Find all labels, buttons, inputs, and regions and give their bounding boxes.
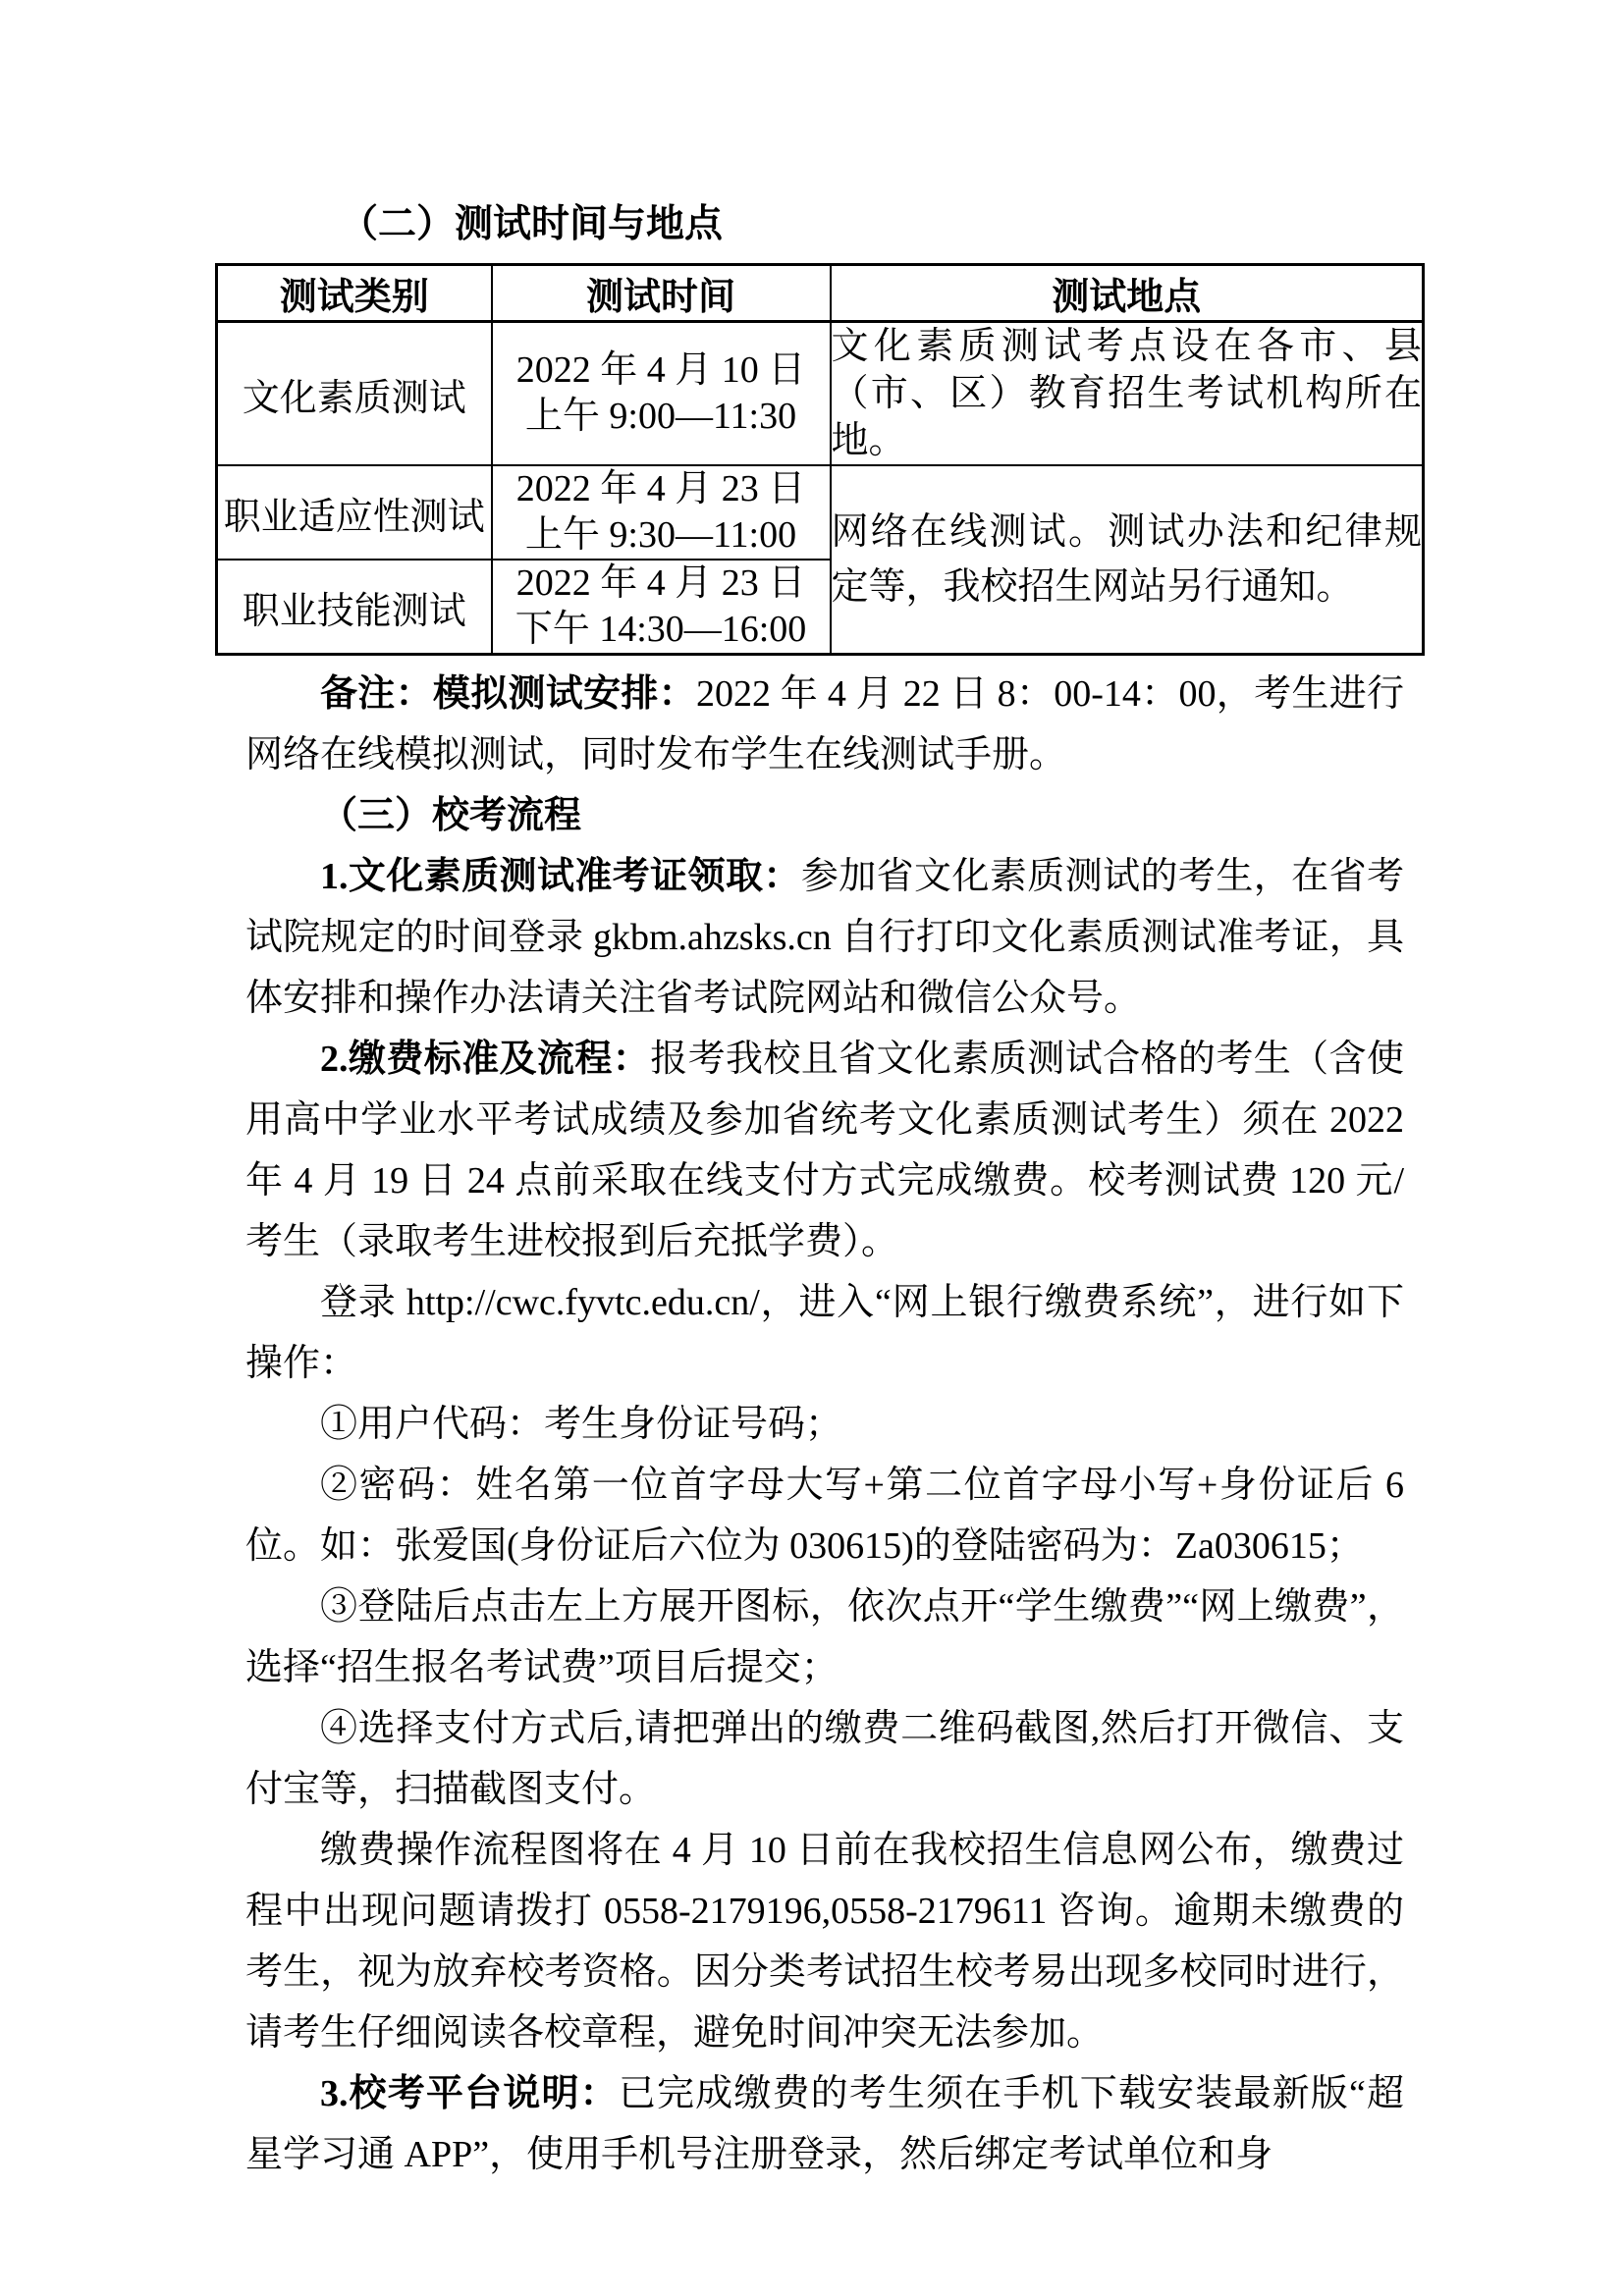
table-header-category: 测试类别 [217, 265, 492, 322]
paragraph-lead: 2.缴费标准及流程： [320, 1039, 650, 1080]
paragraph-step4-qrcode: ④选择支付方式后,请把弹出的缴费二维码截图,然后打开微信、支付宝等，扫描截图支付… [245, 1698, 1404, 1820]
paragraph-payment-help: 缴费操作流程图将在 4 月 10 日前在我校招生信息网公布，缴费过程中出现问题请… [245, 1820, 1404, 2063]
cell-category-skill: 职业技能测试 [217, 560, 492, 655]
paragraph-lead: 3.校考平台说明： [320, 2073, 619, 2114]
table-header-time: 测试时间 [492, 265, 831, 322]
cell-location-culture: 文化素质测试考点设在各市、县（市、区）教育招生考试机构所在地。 [831, 322, 1424, 466]
paragraph-step2-password: ②密码：姓名第一位首字母大写+第二位首字母小写+身份证后 6 位。如：张爱国(身… [245, 1455, 1404, 1576]
table-header-location: 测试地点 [831, 265, 1424, 322]
table-header-row: 测试类别 测试时间 测试地点 [217, 265, 1424, 322]
document-page: （二）测试时间与地点 测试类别 测试时间 测试地点 文化素质测试 2022 年 … [0, 0, 1624, 2296]
paragraph-step3-menu: ③登陆后点击左上方展开图标，依次点开“学生缴费”“网上缴费”，选择“招生报名考试… [245, 1576, 1404, 1698]
paragraph-exam-platform: 3.校考平台说明：已完成缴费的考生须在手机下载安装最新版“超星学习通 APP”，… [245, 2063, 1404, 2185]
note-lead: 备注：模拟测试安排： [320, 673, 696, 715]
table-row-culture-test: 文化素质测试 2022 年 4 月 10 日 上午 9:00—11:30 文化素… [217, 322, 1424, 466]
cell-time-skill: 2022 年 4 月 23 日 下午 14:30—16:00 [492, 560, 831, 655]
paragraph-body: ④选择支付方式后,请把弹出的缴费二维码截图,然后打开微信、支付宝等，扫描截图支付… [245, 1708, 1404, 1810]
section-heading-test-time-location: （二）测试时间与地点 [245, 201, 1404, 248]
cell-category-aptitude: 职业适应性测试 [217, 465, 492, 560]
cell-time-culture: 2022 年 4 月 10 日 上午 9:00—11:30 [492, 322, 831, 466]
paragraph-admission-ticket: 1.文化素质测试准考证领取：参加省文化素质测试的考生，在省考试院规定的时间登录 … [245, 846, 1404, 1029]
test-schedule-table: 测试类别 测试时间 测试地点 文化素质测试 2022 年 4 月 10 日 上午… [215, 263, 1425, 656]
cell-category-culture: 文化素质测试 [217, 322, 492, 466]
cell-time-aptitude: 2022 年 4 月 23 日 上午 9:30—11:00 [492, 465, 831, 560]
paragraph-body: 缴费操作流程图将在 4 月 10 日前在我校招生信息网公布，缴费过程中出现问题请… [245, 1830, 1404, 2054]
paragraph-payment-standard: 2.缴费标准及流程：报考我校且省文化素质测试合格的考生（含使用高中学业水平考试成… [245, 1029, 1404, 1272]
note-paragraph: 备注：模拟测试安排：2022 年 4 月 22 日 8：00-14：00，考生进… [245, 664, 1404, 785]
cell-location-online-merged: 网络在线测试。测试办法和纪律规定等，我校招生网站另行通知。 [831, 465, 1424, 655]
paragraph-body: ③登陆后点击左上方展开图标，依次点开“学生缴费”“网上缴费”，选择“招生报名考试… [245, 1586, 1404, 1688]
section-heading-exam-process: （三）校考流程 [245, 785, 1404, 846]
paragraph-body: 登录 http://cwc.fyvtc.edu.cn/，进入“网上银行缴费系统”… [245, 1282, 1404, 1384]
paragraph-body: ②密码：姓名第一位首字母大写+第二位首字母小写+身份证后 6 位。如：张爱国(身… [245, 1465, 1404, 1567]
table-row-aptitude-test: 职业适应性测试 2022 年 4 月 23 日 上午 9:30—11:00 网络… [217, 465, 1424, 560]
paragraph-step1-user-code: ①用户代码：考生身份证号码； [245, 1394, 1404, 1455]
paragraph-lead: 1.文化素质测试准考证领取： [320, 856, 801, 897]
paragraph-body: ①用户代码：考生身份证号码； [320, 1404, 842, 1445]
paragraph-login-portal: 登录 http://cwc.fyvtc.edu.cn/，进入“网上银行缴费系统”… [245, 1272, 1404, 1394]
